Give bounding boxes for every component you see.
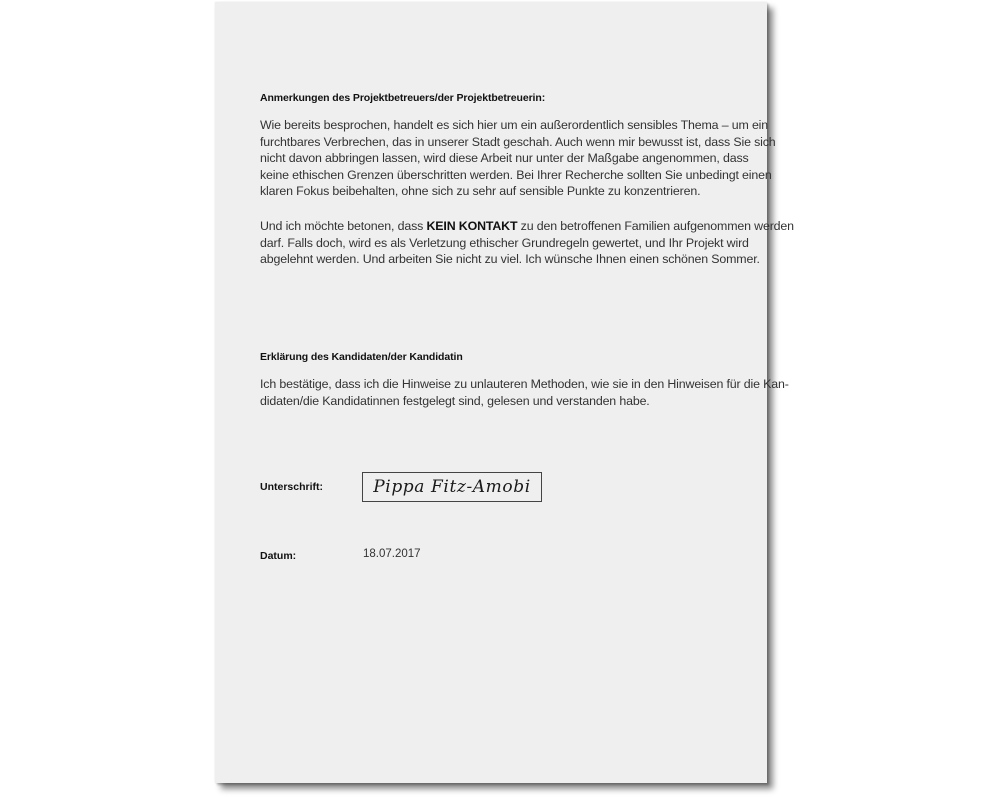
supervisor-notes-heading: Anmerkungen des Projektbetreuers/der Pro… bbox=[260, 92, 545, 104]
candidate-declaration-heading: Erklärung des Kandidaten/der Kandidatin bbox=[260, 351, 463, 363]
text-line: nicht davon abbringen lassen, wird diese… bbox=[260, 150, 750, 167]
text-line: Und ich möchte betonen, dass KEIN KONTAK… bbox=[260, 218, 750, 235]
text-line: Ich bestätige, dass ich die Hinweise zu … bbox=[260, 376, 750, 393]
signature-box: Pippa Fitz-Amobi bbox=[362, 472, 542, 502]
text-line: keine ethischen Grenzen überschritten we… bbox=[260, 167, 750, 184]
supervisor-notes-paragraph-1: Wie bereits besprochen, handelt es sich … bbox=[260, 117, 750, 200]
document-page: Anmerkungen des Projektbetreuers/der Pro… bbox=[215, 2, 767, 783]
date-value: 18.07.2017 bbox=[363, 548, 421, 560]
text-line: abgelehnt werden. Und arbeiten Sie nicht… bbox=[260, 251, 750, 268]
text-line: Wie bereits besprochen, handelt es sich … bbox=[260, 117, 750, 134]
text-segment: Und ich möchte betonen, dass bbox=[260, 219, 426, 233]
text-line: klaren Fokus beibehalten, ohne sich zu s… bbox=[260, 183, 750, 200]
supervisor-notes-paragraph-2: Und ich möchte betonen, dass KEIN KONTAK… bbox=[260, 218, 750, 268]
signature-value: Pippa Fitz-Amobi bbox=[373, 477, 531, 497]
text-line: didaten/die Kandidatinnen festgelegt sin… bbox=[260, 393, 750, 410]
candidate-declaration-paragraph: Ich bestätige, dass ich die Hinweise zu … bbox=[260, 376, 750, 409]
text-line: furchtbares Verbrechen, das in unserer S… bbox=[260, 134, 750, 151]
signature-label: Unterschrift: bbox=[260, 481, 323, 493]
date-label: Datum: bbox=[260, 550, 296, 562]
text-line: darf. Falls doch, wird es als Verletzung… bbox=[260, 235, 750, 252]
no-contact-emphasis: KEIN KONTAKT bbox=[426, 219, 517, 233]
text-segment: zu den betroffenen Familien aufgenommen … bbox=[517, 219, 794, 233]
